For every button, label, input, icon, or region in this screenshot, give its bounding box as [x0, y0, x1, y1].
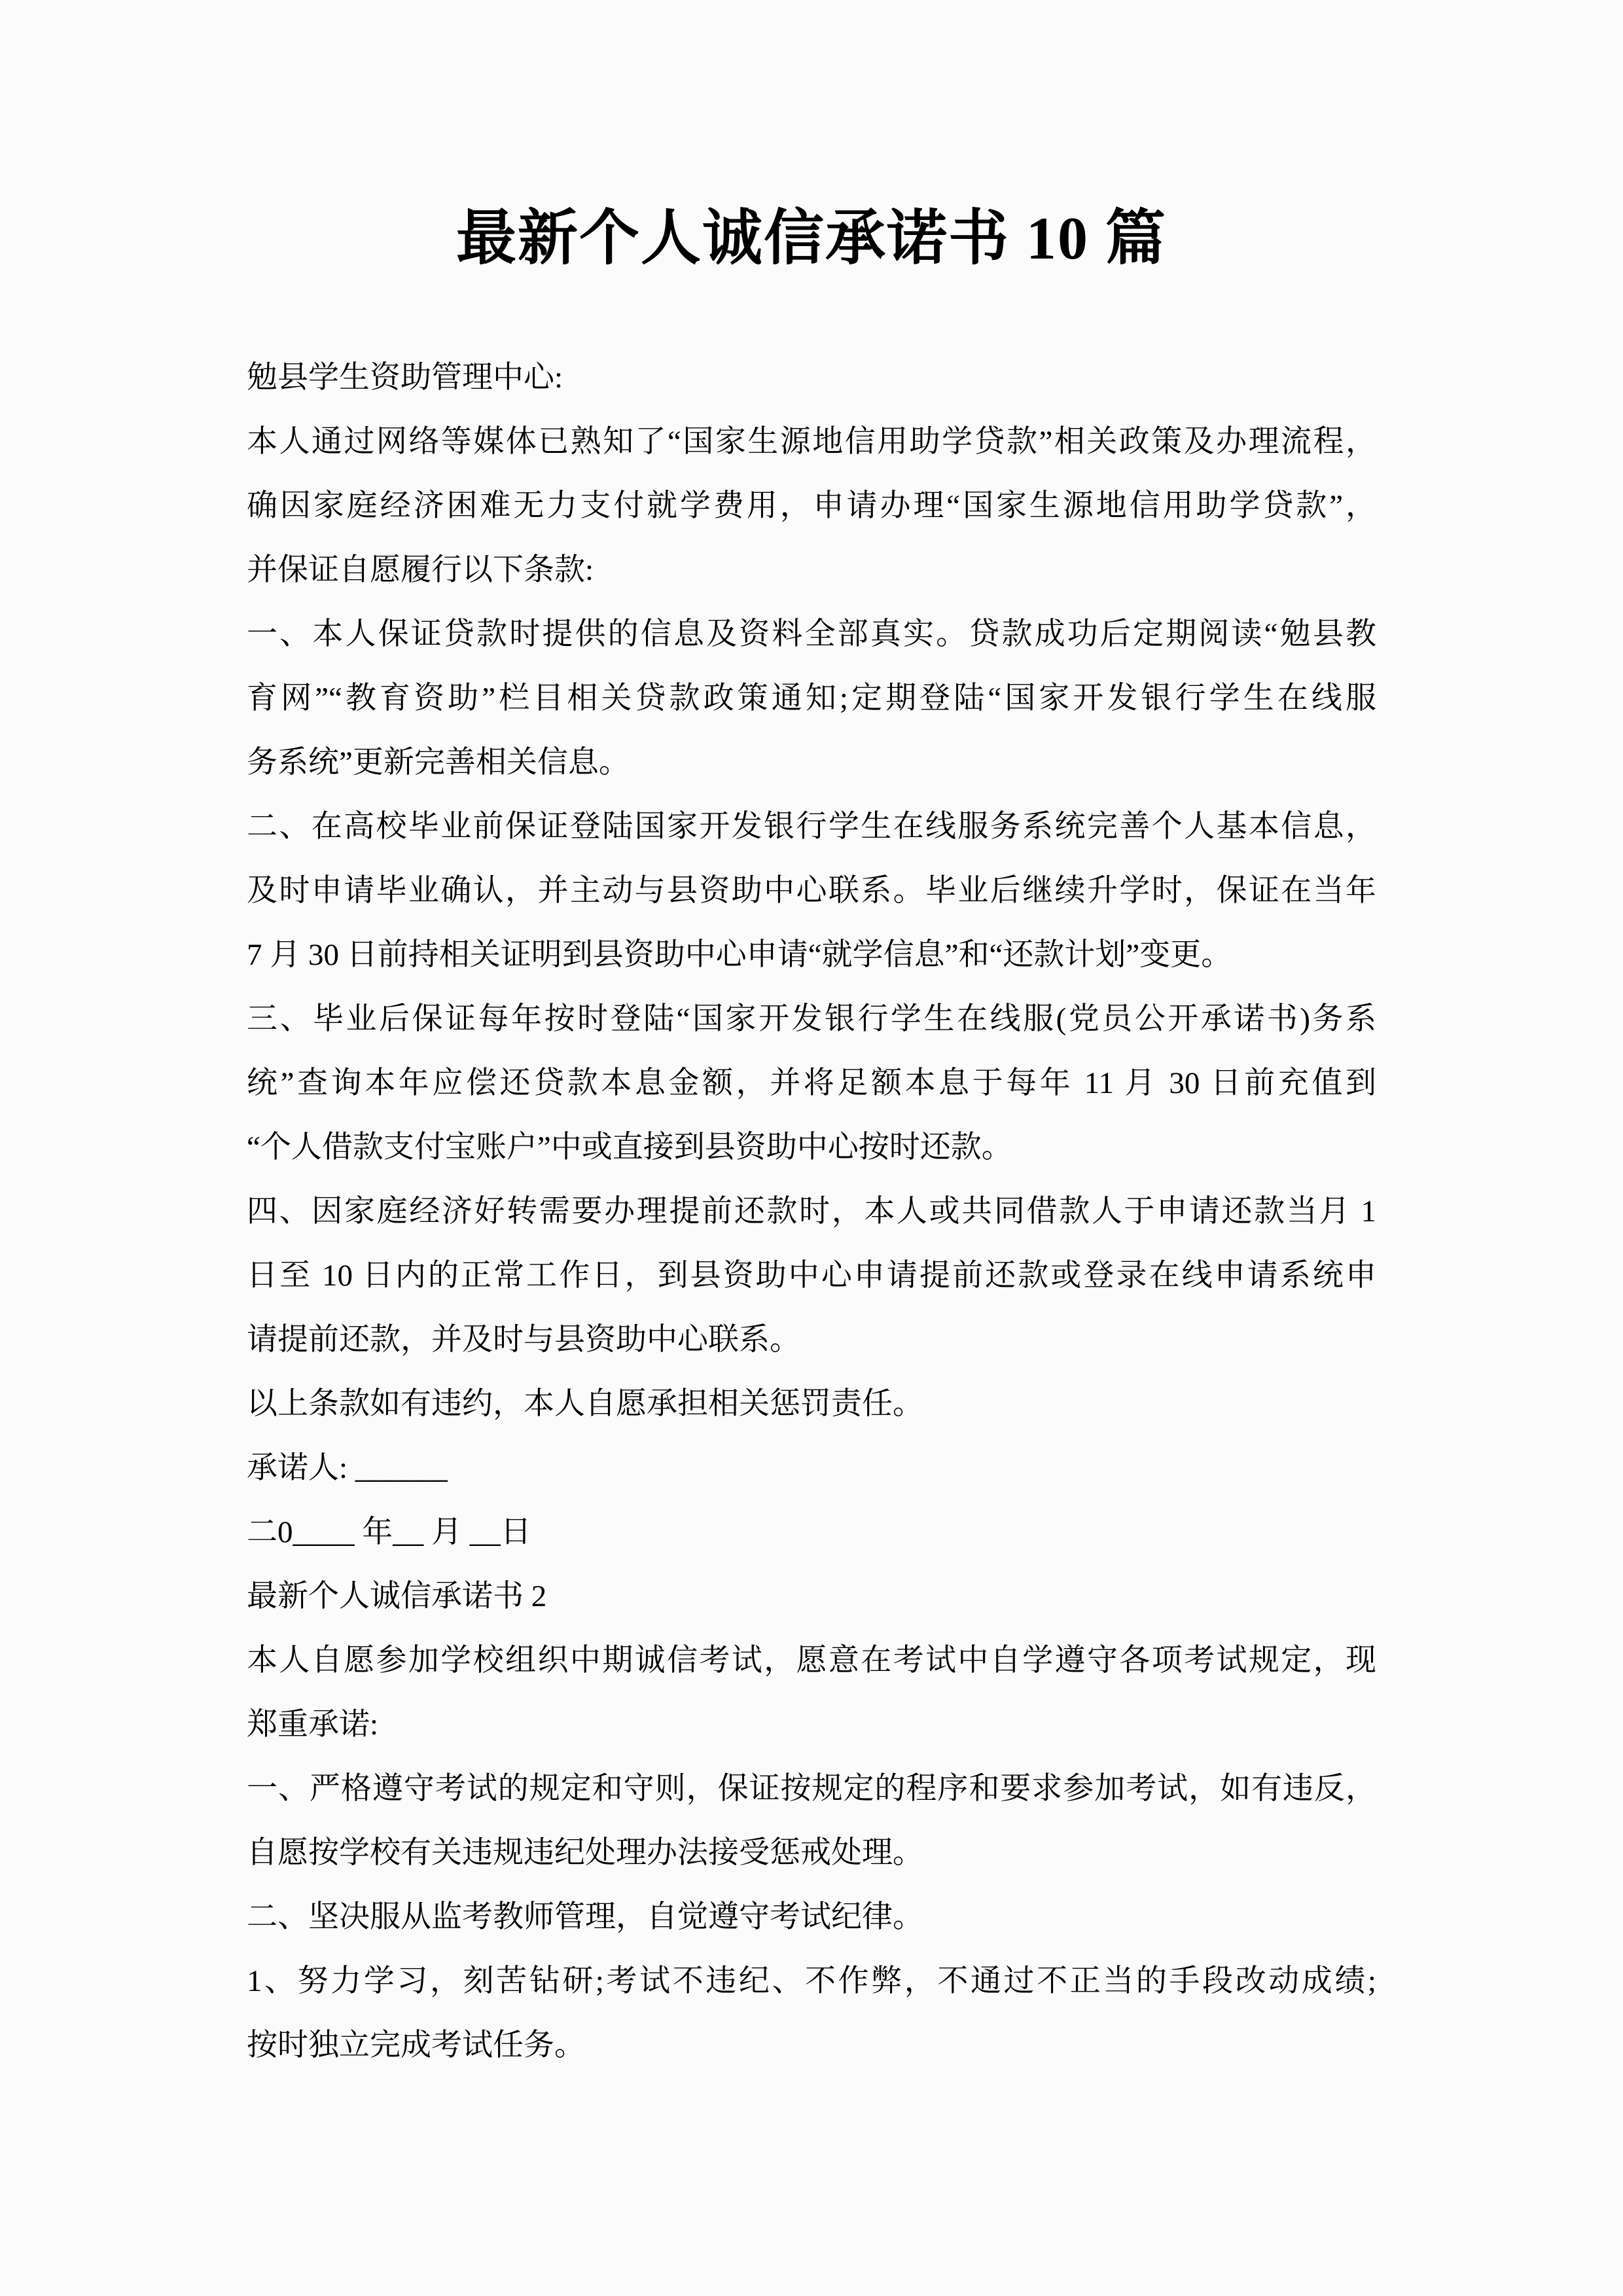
text-line: 按时独立完成考试任务。: [247, 2013, 1376, 2077]
section-subtitle: 最新个人诚信承诺书 2: [247, 1564, 1376, 1628]
text-line: 请提前还款，并及时与县资助中心联系。: [247, 1308, 1376, 1372]
text-line: 并保证自愿履行以下条款:: [247, 538, 1376, 602]
clause-2-line: 二、在高校毕业前保证登陆国家开发银行学生在线服务系统完善个人基本信息，: [247, 795, 1376, 859]
text-line: 自愿按学校有关违规违纪处理办法接受惩戒处理。: [247, 1821, 1376, 1885]
text-line: 及时申请毕业确认，并主动与县资助中心联系。毕业后继续升学时，保证在当年: [247, 859, 1376, 923]
text-line: 日至 10 日内的正常工作日，到县资助中心申请提前还款或登录在线申请系统申: [247, 1244, 1376, 1308]
clause-1-line: 一、本人保证贷款时提供的信息及资料全部真实。贷款成功后定期阅读“勉县教: [247, 602, 1376, 666]
clause-3-line: 三、毕业后保证每年按时登陆“国家开发银行学生在线服(党员公开承诺书)务系: [247, 987, 1376, 1051]
text-line: 郑重承诺:: [247, 1693, 1376, 1757]
text-line: 确因家庭经济困难无力支付就学费用，申请办理“国家生源地信用助学贷款”，: [247, 474, 1376, 538]
signature-line: 承诺人: ______: [247, 1436, 1376, 1500]
document-page: 最新个人诚信承诺书 10 篇 勉县学生资助管理中心: 本人通过网络等媒体已熟知了…: [0, 0, 1623, 2296]
document-body: 勉县学生资助管理中心: 本人通过网络等媒体已熟知了“国家生源地信用助学贷款”相关…: [247, 346, 1376, 2077]
text-line: 本人通过网络等媒体已熟知了“国家生源地信用助学贷款”相关政策及办理流程，: [247, 410, 1376, 474]
text-line: 以上条款如有违约，本人自愿承担相关惩罚责任。: [247, 1372, 1376, 1436]
text-line: 育网”“教育资助”栏目相关贷款政策通知;定期登陆“国家开发银行学生在线服: [247, 666, 1376, 730]
salutation-line: 勉县学生资助管理中心:: [247, 346, 1376, 410]
date-line: 二0____ 年__ 月 __日: [247, 1500, 1376, 1564]
document-title: 最新个人诚信承诺书 10 篇: [0, 0, 1623, 278]
text-line: 统”查询本年应偿还贷款本息金额，并将足额本息于每年 11 月 30 日前充值到: [247, 1051, 1376, 1115]
text-line: 7 月 30 日前持相关证明到县资助中心申请“就学信息”和“还款计划”变更。: [247, 923, 1376, 987]
clause-1-line: 一、严格遵守考试的规定和守则，保证按规定的程序和要求参加考试，如有违反，: [247, 1757, 1376, 1821]
text-line: 务系统”更新完善相关信息。: [247, 730, 1376, 795]
text-line: “个人借款支付宝账户”中或直接到县资助中心按时还款。: [247, 1115, 1376, 1179]
item-1-line: 1、努力学习，刻苦钻研;考试不违纪、不作弊，不通过不正当的手段改动成绩;: [247, 1949, 1376, 2013]
clause-2-line: 二、坚决服从监考教师管理，自觉遵守考试纪律。: [247, 1885, 1376, 1949]
clause-4-line: 四、因家庭经济好转需要办理提前还款时，本人或共同借款人于申请还款当月 1: [247, 1179, 1376, 1244]
text-line: 本人自愿参加学校组织中期诚信考试，愿意在考试中自学遵守各项考试规定，现: [247, 1628, 1376, 1693]
